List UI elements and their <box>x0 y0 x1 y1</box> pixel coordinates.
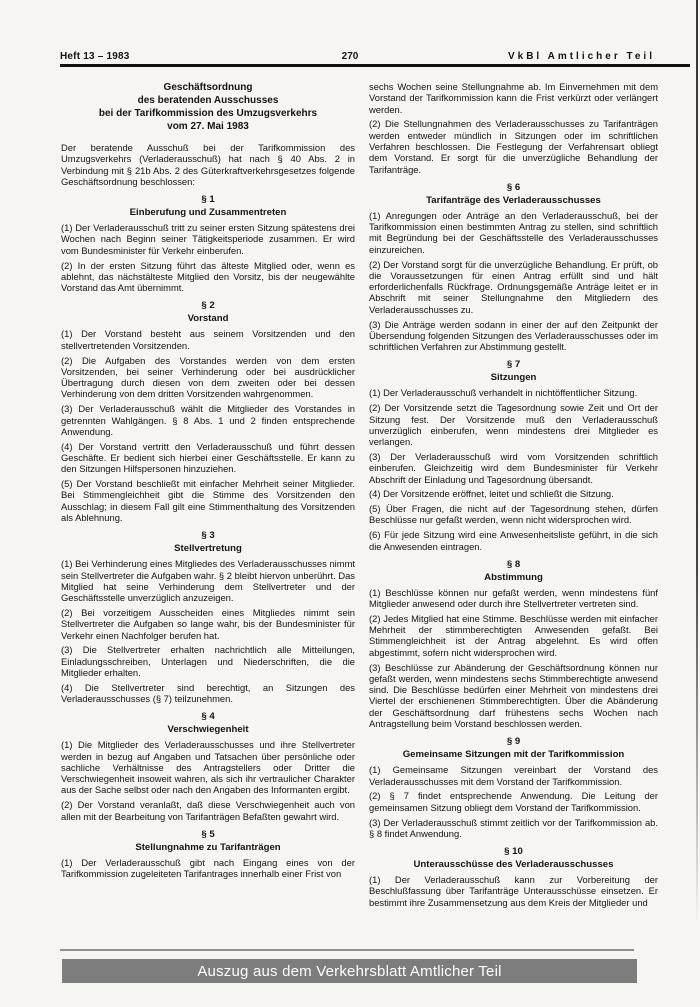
header-journal-title: VkBl Amtlicher Teil <box>508 51 655 62</box>
section-number: § 9 <box>369 736 658 747</box>
section-title: Abstimmung <box>369 572 658 583</box>
section-title: Vorstand <box>61 313 355 324</box>
paragraph: (3) Beschlüsse zur Abänderung der Geschä… <box>369 662 658 730</box>
paragraph: (3) Die Anträge werden sodann in einer d… <box>369 319 658 353</box>
paragraph: (2) Der Vorsitzende setzt die Tagesordnu… <box>369 402 658 447</box>
paragraph: (5) Über Fragen, die nicht auf der Tages… <box>369 503 658 526</box>
paragraph: (1) Beschlüsse können nur gefaßt werden,… <box>369 587 658 610</box>
document-title-line: bei der Tarifkommission des Umzugsverkeh… <box>61 107 355 120</box>
paragraph: (2) § 7 findet entsprechende Anwendung. … <box>369 790 658 813</box>
paragraph: (2) Der Vorstand sorgt für die unverzügl… <box>369 259 658 315</box>
section-title: Verschwiegenheit <box>61 724 355 735</box>
document-page: Heft 13 – 1983 270 VkBl Amtlicher Teil G… <box>0 0 700 1007</box>
paragraph: (1) Der Vorstand besteht aus seinem Vors… <box>61 328 355 351</box>
section-number: § 1 <box>61 194 355 205</box>
paragraph: (3) Der Verladerausschuß stimmt zeitlich… <box>369 817 658 840</box>
section-number: § 2 <box>61 300 355 311</box>
paragraph: (6) Für jede Sitzung wird eine Anwesenhe… <box>369 529 658 552</box>
paragraph: (3) Der Verladerausschuß wird vom Vorsit… <box>369 451 658 485</box>
section-title: Gemeinsame Sitzungen mit der Tarifkommis… <box>369 749 658 760</box>
header-rule <box>60 64 690 67</box>
document-title-line: des beratenden Ausschusses <box>61 94 355 107</box>
paragraph: (4) Die Stellvertreter sind berechtigt, … <box>61 682 355 705</box>
paragraph: (2) Der Vorstand veranlaßt, daß diese Ve… <box>61 799 355 822</box>
paragraph: (2) Die Stellungnahmen des Verladeraussc… <box>369 118 658 174</box>
section-title: Einberufung und Zusammentreten <box>61 207 355 218</box>
section-number: § 10 <box>369 846 658 857</box>
paragraph: (1) Der Verladerausschuß tritt zu seiner… <box>61 222 355 256</box>
paragraph: sechs Wochen seine Stellungnahme ab. Im … <box>369 81 658 115</box>
section-title: Unterausschüsse des Verladerausschusses <box>369 859 658 870</box>
section-number: § 7 <box>369 359 658 370</box>
document-title: Geschäftsordnung des beratenden Ausschus… <box>61 81 355 133</box>
footer-banner: Auszug aus dem Verkehrsblatt Amtlicher T… <box>62 959 637 983</box>
paragraph: (2) Die Aufgaben des Vorstandes werden v… <box>61 355 355 400</box>
paragraph: (1) Bei Verhinderung eines Mitgliedes de… <box>61 558 355 603</box>
document-title-line: Geschäftsordnung <box>61 81 355 94</box>
paragraph: (2) Bei vorzeitigem Ausscheiden eines Mi… <box>61 607 355 641</box>
section-number: § 5 <box>61 829 355 840</box>
page-edge-scan-line <box>696 0 698 1007</box>
section-number: § 6 <box>369 182 658 193</box>
paragraph: (2) In der ersten Sitzung führt das älte… <box>61 260 355 294</box>
section-title: Stellvertretung <box>61 543 355 554</box>
paragraph: (3) Der Verladerausschuß wählt die Mitgl… <box>61 403 355 437</box>
document-title-line: vom 27. Mai 1983 <box>61 120 355 133</box>
section-title: Stellungnahme zu Tarifanträgen <box>61 842 355 853</box>
paragraph: (3) Die Stellvertreter erhalten nachrich… <box>61 644 355 678</box>
section-number: § 4 <box>61 711 355 722</box>
section-number: § 8 <box>369 559 658 570</box>
paragraph: (4) Der Vorstand vertritt den Verladerau… <box>61 441 355 475</box>
paragraph: (1) Gemeinsame Sitzungen vereinbart der … <box>369 764 658 787</box>
column-left: Geschäftsordnung des beratenden Ausschus… <box>61 81 355 883</box>
paragraph: (1) Anregungen oder Anträge an den Verla… <box>369 210 658 255</box>
paragraph: (5) Der Vorstand beschließt mit einfache… <box>61 478 355 523</box>
column-right: sechs Wochen seine Stellungnahme ab. Im … <box>369 81 658 912</box>
column-right-blocks: sechs Wochen seine Stellungnahme ab. Im … <box>369 81 658 908</box>
paragraph: (1) Der Verladerausschuß verhandelt in n… <box>369 387 658 398</box>
footer-rule <box>60 949 634 951</box>
paragraph: (1) Der Verladerausschuß kann zur Vorber… <box>369 874 658 908</box>
paragraph: (2) Jedes Mitglied hat eine Stimme. Besc… <box>369 613 658 658</box>
section-title: Sitzungen <box>369 372 658 383</box>
column-left-blocks: Der beratende Ausschuß bei der Tarifkomm… <box>61 142 355 879</box>
paragraph: (1) Die Mitglieder des Verladerausschuss… <box>61 739 355 795</box>
paragraph: Der beratende Ausschuß bei der Tarifkomm… <box>61 142 355 187</box>
section-title: Tarifanträge des Verladerausschusses <box>369 195 658 206</box>
paragraph: (1) Der Verladerausschuß gibt nach Einga… <box>61 857 355 880</box>
section-number: § 3 <box>61 530 355 541</box>
paragraph: (4) Der Vorsitzende eröffnet, leitet und… <box>369 488 658 499</box>
